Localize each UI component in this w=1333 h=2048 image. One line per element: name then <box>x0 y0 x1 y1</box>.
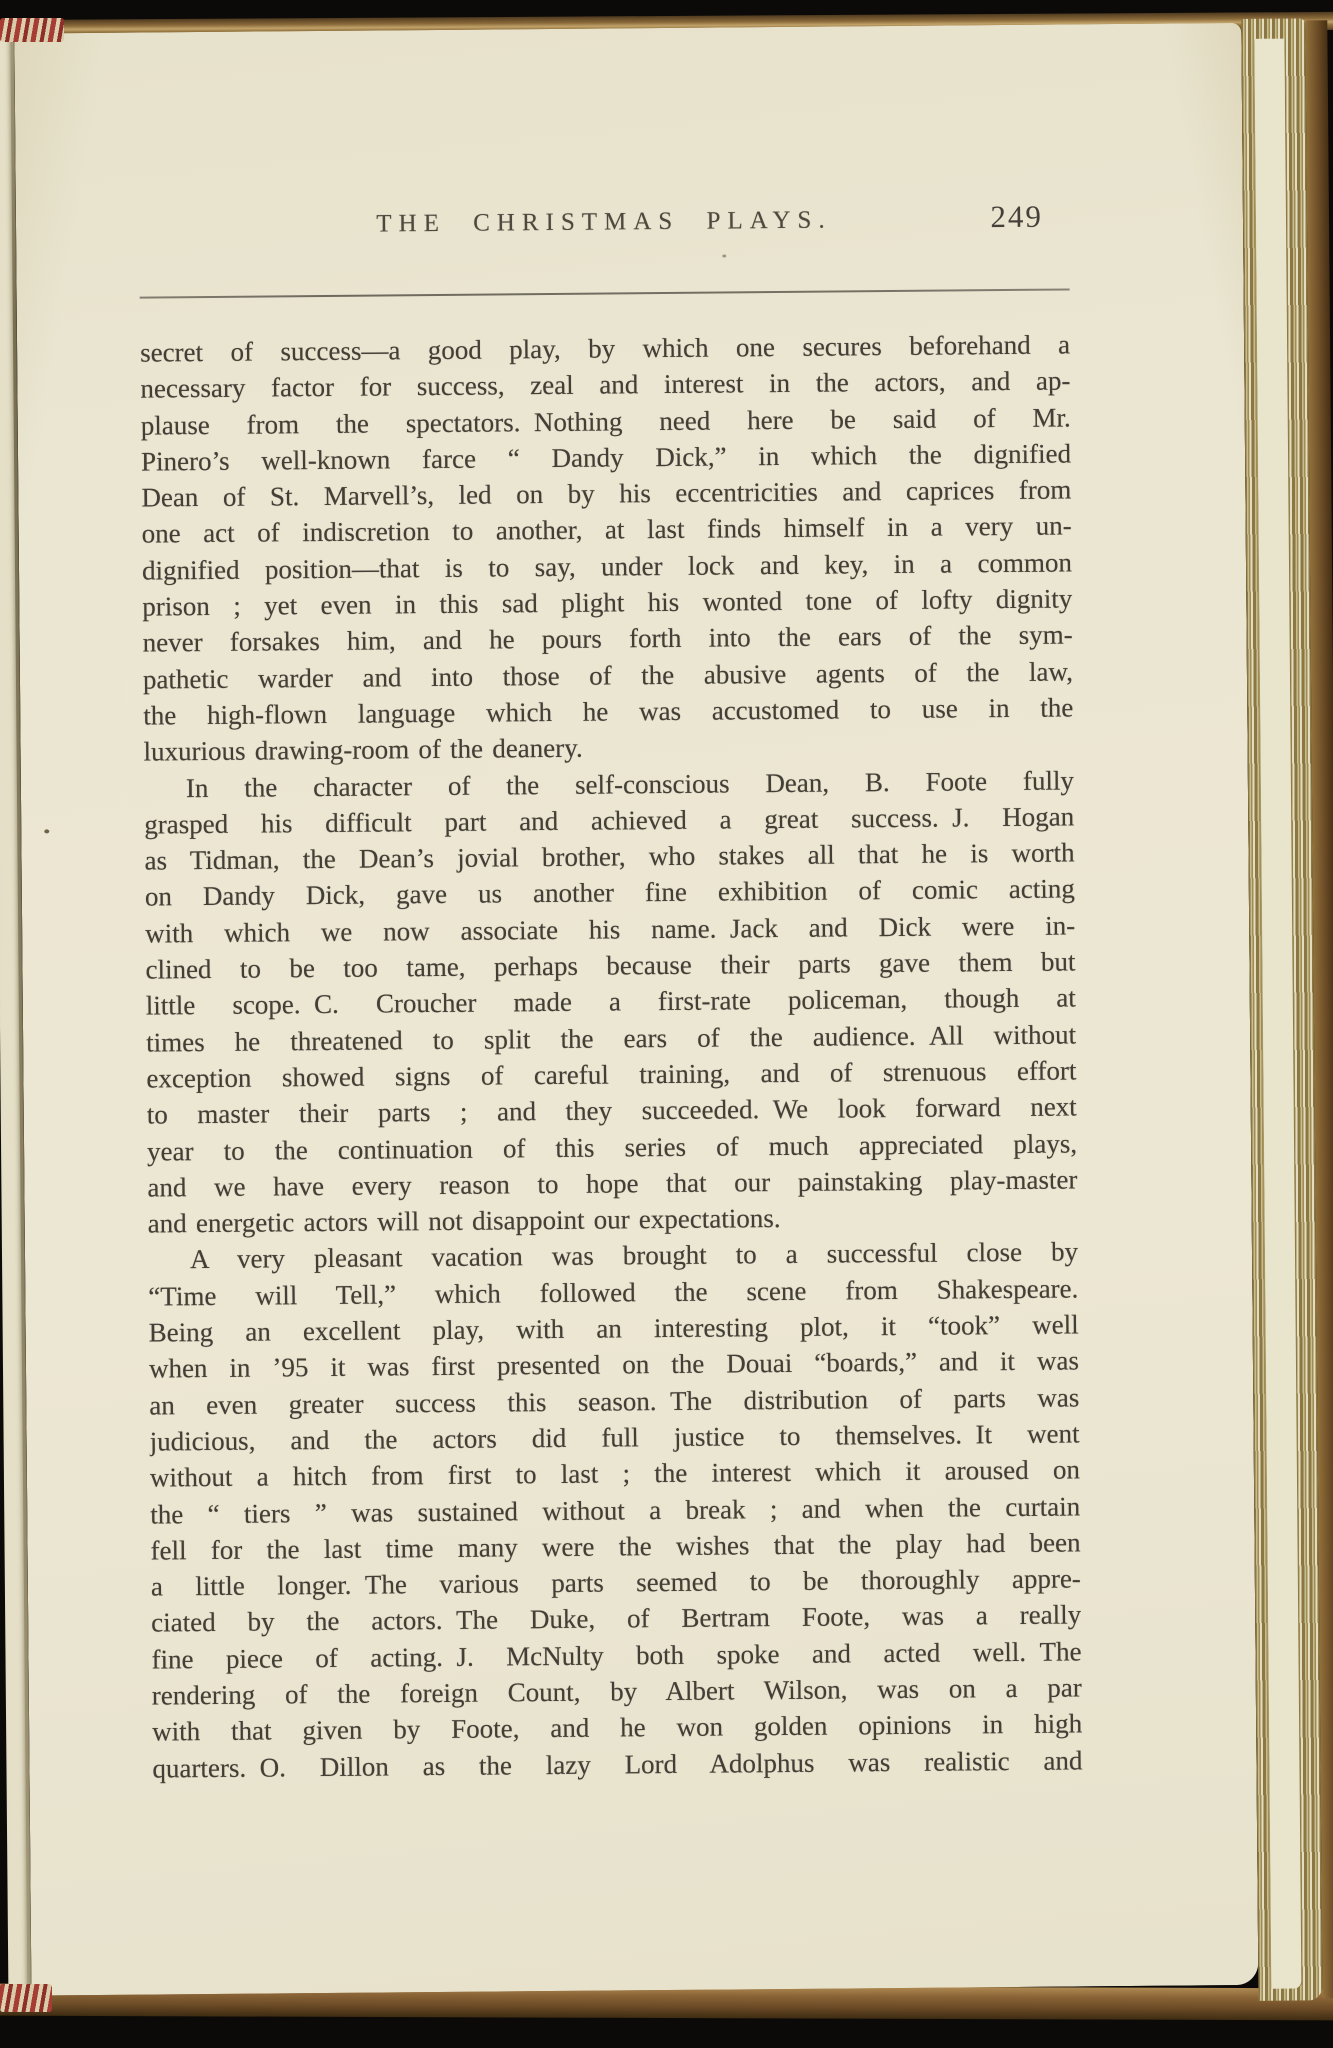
running-head: THE CHRISTMAS PLAYS. 249 <box>139 178 1070 272</box>
page-content: THE CHRISTMAS PLAYS. 249 secret of succe… <box>139 178 1083 1786</box>
book-body: THE CHRISTMAS PLAYS. 249 secret of succe… <box>0 0 1333 2048</box>
book-page: THE CHRISTMAS PLAYS. 249 secret of succe… <box>14 23 1258 1996</box>
text-block: secret of success—a good play, by which … <box>140 326 1083 1786</box>
book-scan: { "document": { "header": { "title": "TH… <box>0 0 1333 2048</box>
text-line: quarters. O. Dillon as the lazy Lord Ado… <box>152 1742 1082 1786</box>
header-rule <box>140 288 1070 298</box>
headband-bottom <box>0 1984 52 2012</box>
page-number: 249 <box>990 199 1043 235</box>
dust-speck <box>44 829 49 833</box>
running-head-title: THE CHRISTMAS PLAYS. <box>139 204 1069 240</box>
headband-top <box>0 18 64 42</box>
